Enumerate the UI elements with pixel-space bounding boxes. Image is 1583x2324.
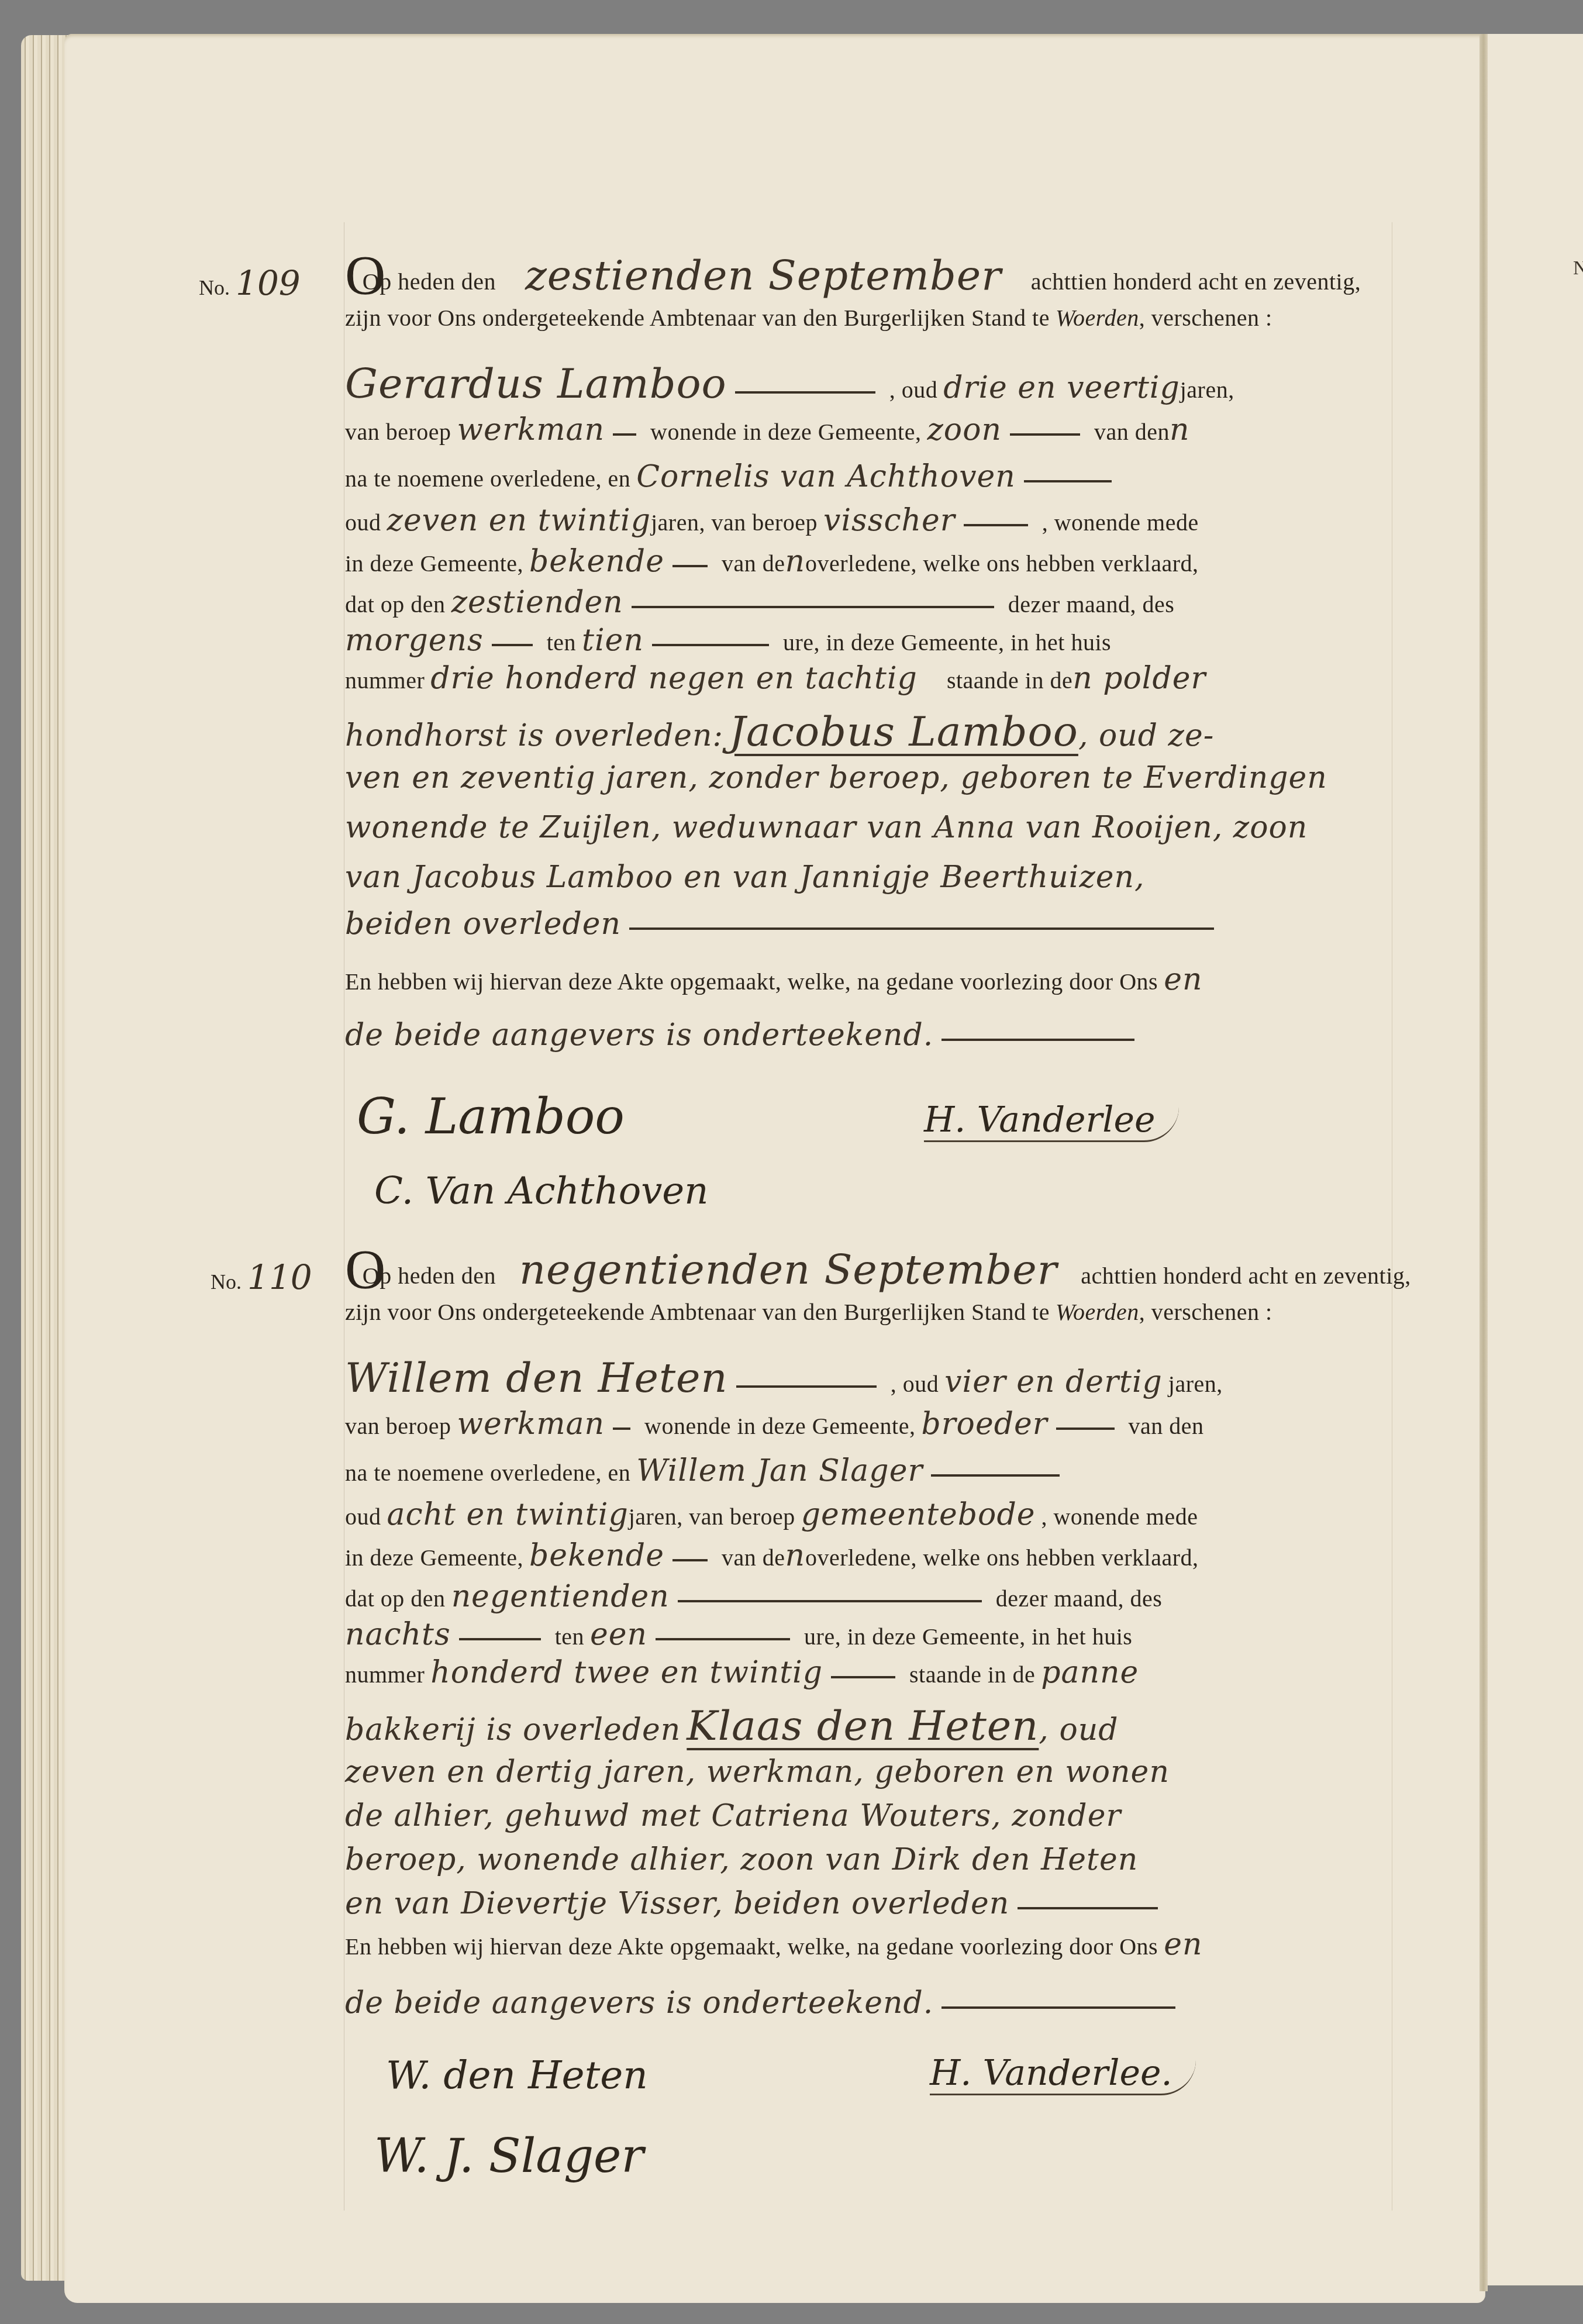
death-time-line: nachts ten een ure, in deze Gemeente, in… <box>345 1617 1398 1652</box>
next-page-number-marker: N <box>1573 257 1583 280</box>
declarant2-age: zeven en twintig <box>387 503 651 538</box>
narrative-line: de alhier, gehuwd met Catriena Wouters, … <box>345 1798 1398 1833</box>
declarant2-age-line: oud zeven en twintigjaren, van beroep vi… <box>345 503 1398 538</box>
house-number: drie honderd negen en tachtig <box>430 661 918 696</box>
declarant2-relation-line: in deze Gemeente, bekende van denoverled… <box>345 1538 1398 1573</box>
house-number-line: nummer drie honderd negen en tachtig sta… <box>345 661 1398 696</box>
declarant1-age: drie en veertig <box>943 370 1180 405</box>
record-number-value: 110 <box>247 1257 312 1297</box>
record-number: No.109 <box>199 263 301 303</box>
death-day-line: dat op den negentienden dezer maand, des <box>345 1579 1398 1614</box>
left-margin-rule <box>344 222 344 2211</box>
narrative-line: en van Dievertje Visser, beiden overlede… <box>345 1886 1398 1921</box>
date-field: zestienden September <box>525 251 1002 299</box>
declarant1-occupation: werkman <box>457 412 605 447</box>
closing-line: En hebben wij hiervan deze Akte opgemaak… <box>345 962 1398 997</box>
narrative-line: bakkerij is overleden Klaas den Heten, o… <box>345 1702 1398 1750</box>
declarant2-name: Willem Jan Slager <box>636 1453 923 1488</box>
declarant1-relation: broeder <box>921 1406 1047 1442</box>
narrative-line: van Jacobus Lamboo en van Jannigje Beert… <box>345 860 1398 895</box>
date-field: negentienden September <box>519 1246 1057 1294</box>
year-text: achttien honderd acht en zeventig, <box>1031 268 1361 295</box>
death-day-line: dat op den zestienden dezer maand, des <box>345 585 1398 620</box>
declarant1-line: Willem den Heten , oud vier en dertig ja… <box>345 1354 1398 1402</box>
hour: tien <box>582 623 644 658</box>
next-page-sliver <box>1488 34 1583 2285</box>
house-number: honderd twee en twintig <box>430 1655 823 1690</box>
record-number: No.110 <box>211 1257 312 1297</box>
house-number-line: nummer honderd twee en twintig staande i… <box>345 1655 1398 1690</box>
declarant1-occupation: werkman <box>457 1406 605 1442</box>
declarant2-age: acht en twintig <box>387 1497 629 1532</box>
declarant2-occupation: gemeentebode <box>801 1497 1036 1532</box>
declarant2-occupation: visscher <box>823 503 956 538</box>
opening-line: OOp heden den zestienden September achtt… <box>345 251 1398 299</box>
death-day: negentienden <box>451 1579 670 1614</box>
declarant2-relation: bekende <box>529 544 664 579</box>
deceased-name: Jacobus Lamboo <box>729 708 1078 756</box>
declarant1-name: Gerardus Lamboo <box>345 360 727 408</box>
book-gutter <box>1479 34 1488 2291</box>
opening-line: OOp heden den negentienden September ach… <box>345 1246 1398 1294</box>
declarant2-line: na te noemene overledene, en Willem Jan … <box>345 1453 1398 1488</box>
death-day: zestienden <box>451 585 623 620</box>
official-signature: H. Vanderlee. <box>930 2053 1196 2095</box>
opening-prefix: Op heden den <box>363 268 496 295</box>
narrative-line: beroep, wonende alhier, zoon van Dirk de… <box>345 1842 1398 1877</box>
narrative-line: hondhorst is overleden: Jacobus Lamboo, … <box>345 708 1398 756</box>
closing-continuation: de beide aangevers is onderteekend. <box>345 1018 1398 1053</box>
record-number-value: 109 <box>236 263 301 303</box>
closing-line: En hebben wij hiervan deze Akte opgemaak… <box>345 1927 1398 1962</box>
declarant1-relation: zoon <box>927 412 1002 447</box>
narrative-line: zeven en dertig jaren, werkman, geboren … <box>345 1754 1398 1789</box>
declarant2-signature: C. Van Achthoven <box>374 1170 708 1213</box>
declarant1-occupation-line: van beroep werkman wonende in deze Gemee… <box>345 412 1398 447</box>
declarant2-relation: bekende <box>529 1538 664 1573</box>
hour: een <box>590 1617 647 1652</box>
time-of-day: nachts <box>345 1617 451 1652</box>
declarant1-line: Gerardus Lamboo , oud drie en veertigjar… <box>345 360 1398 408</box>
declarant1-signature: G. Lamboo <box>357 1088 625 1145</box>
death-time-line: morgens ten tien ure, in deze Gemeente, … <box>345 623 1398 658</box>
narrative-line: wonende te Zuijlen, weduwnaar van Anna v… <box>345 810 1398 845</box>
no-label: No. <box>211 1270 242 1294</box>
narrative-line: beiden overleden <box>345 906 1398 942</box>
official-line: zijn voor Ons ondergeteekende Ambtenaar … <box>345 304 1398 332</box>
declarant1-occupation-line: van beroep werkman wonende in deze Gemee… <box>345 1406 1398 1442</box>
official-line: zijn voor Ons ondergeteekende Ambtenaar … <box>345 1298 1398 1326</box>
declarant1-age: vier en dertig <box>944 1364 1163 1399</box>
municipality: Woerden <box>1056 305 1139 331</box>
narrative-line: ven en zeventig jaren, zonder beroep, ge… <box>345 760 1398 795</box>
deceased-name: Klaas den Heten <box>687 1702 1039 1750</box>
declarant1-signature: W. den Heten <box>386 2053 648 2098</box>
declarant2-age-line: oud acht en twintigjaren, van beroep gem… <box>345 1497 1398 1532</box>
declarant2-line: na te noemene overledene, en Cornelis va… <box>345 459 1398 494</box>
declarant2-signature: W. J. Slager <box>374 2129 644 2183</box>
declarant1-name: Willem den Heten <box>345 1354 728 1402</box>
declarant2-relation-line: in deze Gemeente, bekende van denoverled… <box>345 544 1398 579</box>
declarant2-name: Cornelis van Achthoven <box>636 459 1016 494</box>
time-of-day: morgens <box>345 623 484 658</box>
official-signature: H. Vanderlee <box>924 1099 1179 1142</box>
no-label: No. <box>199 276 230 299</box>
closing-continuation: de beide aangevers is onderteekend. <box>345 1985 1398 2020</box>
